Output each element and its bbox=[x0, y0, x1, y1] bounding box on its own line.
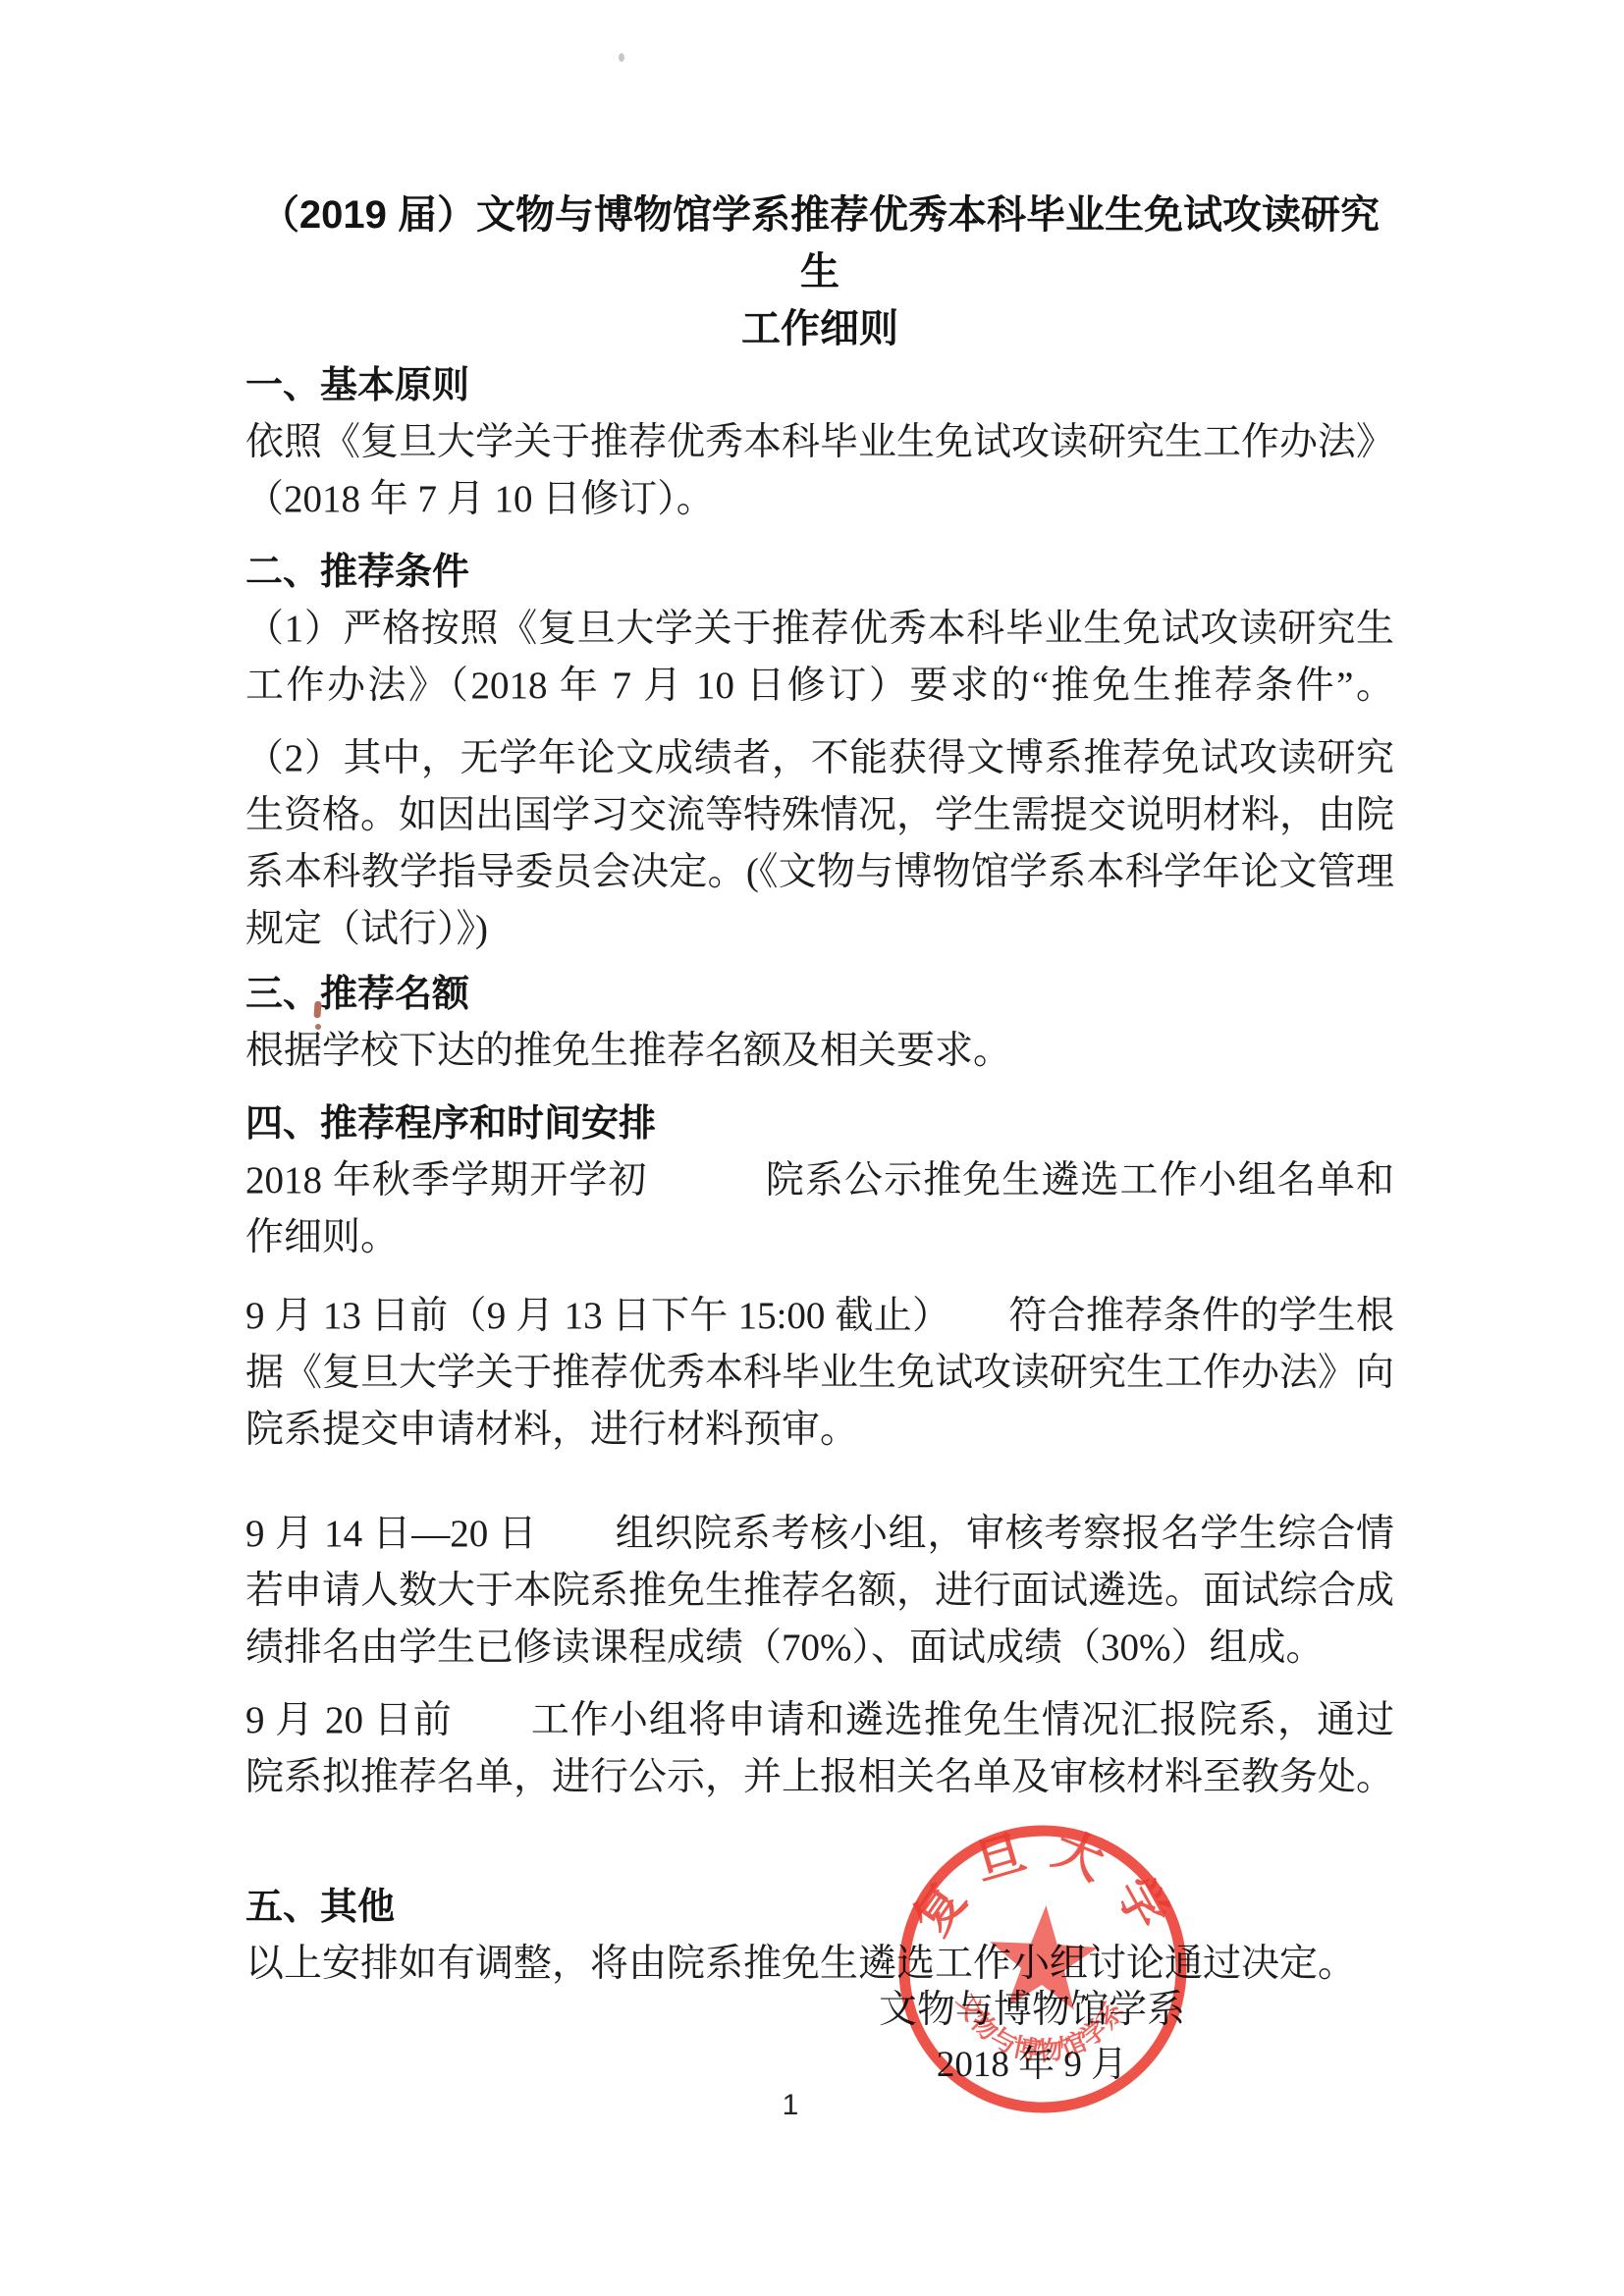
body-line: 系本科教学指导委员会决定。(《文物与博物馆学系本科学年论文管理 bbox=[245, 844, 1394, 901]
scanned-document-page: （2019 届）文物与博物馆学系推荐优秀本科毕业生免试攻读研究生 工作细则 一、… bbox=[0, 0, 1624, 2296]
scan-speck bbox=[619, 53, 624, 62]
section-heading-3: 三、推荐名额 bbox=[245, 966, 1394, 1023]
body-line: （2）其中，无学年论文成绩者，不能获得文博系推荐免试攻读研究 bbox=[245, 730, 1394, 787]
section-heading-4: 四、推荐程序和时间安排 bbox=[245, 1095, 1394, 1152]
body-line: 院系拟推荐名单，进行公示，并上报相关名单及审核材料至教务处。 bbox=[245, 1749, 1394, 1806]
scan-speck bbox=[313, 1001, 321, 1018]
signature-block: 文物与博物馆学系 2018 年 9 月 bbox=[220, 1983, 1624, 2093]
document-title-line-2: 工作细则 bbox=[245, 300, 1394, 357]
body-line: 院系提交申请材料，进行材料预审。 bbox=[245, 1402, 1394, 1459]
body-line: 绩排名由学生已修读课程成绩（70%）、面试成绩（30%）组成。 bbox=[245, 1620, 1394, 1677]
document-title-line-1: （2019 届）文物与博物馆学系推荐优秀本科毕业生免试攻读研究生 bbox=[245, 187, 1394, 300]
body-line: 据《复旦大学关于推荐优秀本科毕业生免试攻读研究生工作办法》向 bbox=[245, 1345, 1394, 1402]
body-line: 规定（试行）》) bbox=[245, 901, 1394, 958]
body-line: （1）严格按照《复旦大学关于推荐优秀本科毕业生免试攻读研究生 bbox=[245, 601, 1394, 658]
body-line: （2018 年 7 月 10 日修订）。 bbox=[245, 471, 1394, 528]
document-title: （2019 届）文物与博物馆学系推荐优秀本科毕业生免试攻读研究生 工作细则 bbox=[245, 187, 1394, 357]
body-line: 9 月 14 日—20 日 组织院系考核小组，审核考察报名学生综合情况。 bbox=[245, 1506, 1394, 1563]
signature-date: 2018 年 9 月 bbox=[220, 2038, 1624, 2093]
document-content: （2019 届）文物与博物馆学系推荐优秀本科毕业生免试攻读研究生 工作细则 一、… bbox=[245, 0, 1394, 1993]
body-line: 根据学校下达的推免生推荐名额及相关要求。 bbox=[245, 1023, 1394, 1080]
body-line: 9 月 20 日前 工作小组将申请和遴选推免生情况汇报院系，通过本 bbox=[245, 1692, 1394, 1749]
body-line: 2018 年秋季学期开学初 院系公示推免生遴选工作小组名单和工 bbox=[245, 1152, 1394, 1209]
section-heading-2: 二、推荐条件 bbox=[245, 544, 1394, 601]
section-heading-1: 一、基本原则 bbox=[245, 357, 1394, 414]
signature-department: 文物与博物馆学系 bbox=[220, 1983, 1624, 2038]
section-heading-5: 五、其他 bbox=[245, 1879, 1394, 1936]
body-line: 若申请人数大于本院系推免生推荐名额，进行面试遴选。面试综合成 bbox=[245, 1563, 1394, 1620]
body-line: 工作办法》（2018 年 7 月 10 日修订）要求的“推免生推荐条件”。 bbox=[245, 658, 1394, 715]
body-line: 生资格。如因出国学习交流等特殊情况，学生需提交说明材料，由院 bbox=[245, 787, 1394, 844]
body-line: 作细则。 bbox=[245, 1209, 1394, 1266]
body-line: 9 月 13 日前（9 月 13 日下午 15:00 截止） 符合推荐条件的学生… bbox=[245, 1288, 1394, 1345]
scan-speck bbox=[315, 1024, 321, 1030]
page-number: 1 bbox=[0, 2089, 1602, 2122]
body-line: 依照《复旦大学关于推荐优秀本科毕业生免试攻读研究生工作办法》 bbox=[245, 414, 1394, 471]
